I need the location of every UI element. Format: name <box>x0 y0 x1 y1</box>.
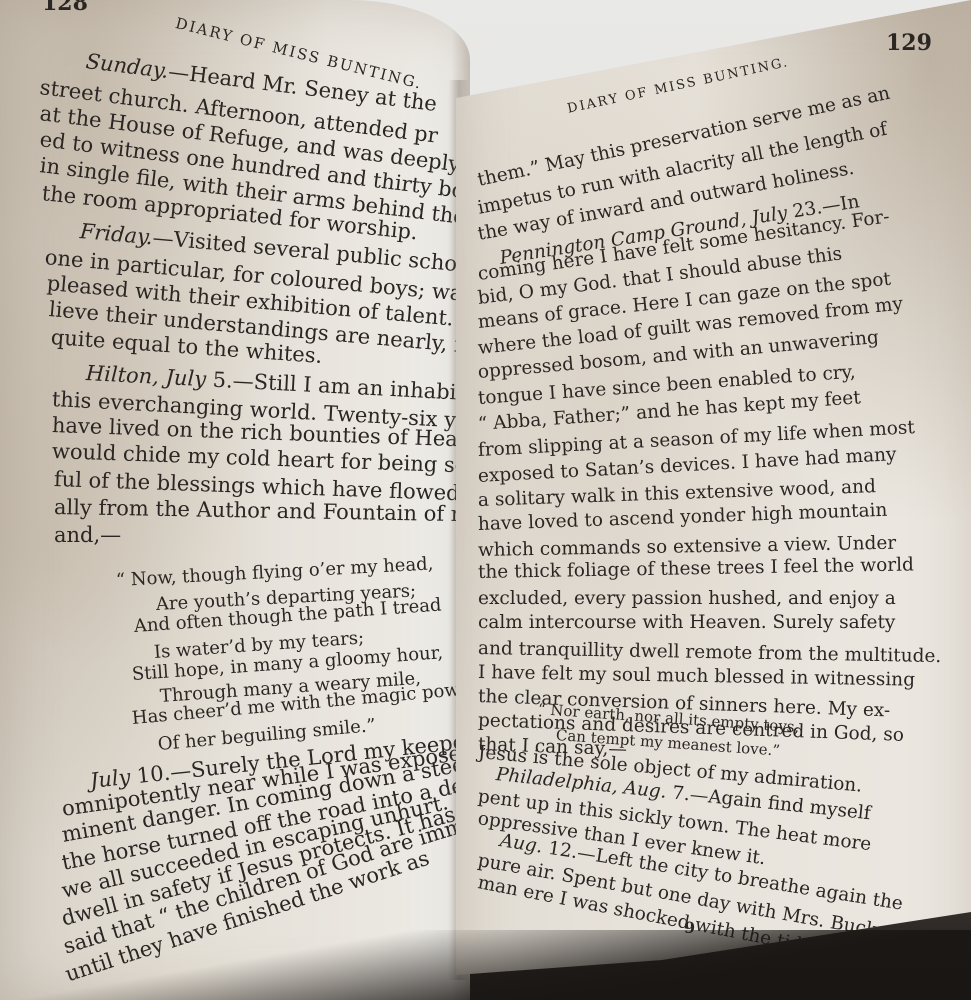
text-line: calm intercourse with Heaven. Surely saf… <box>478 610 895 636</box>
left-page-number: 128 <box>42 0 88 16</box>
text-line: excluded, every passion hushed, and enjo… <box>478 586 896 612</box>
signature-mark: 9 <box>684 918 695 937</box>
right-page-number: 129 <box>886 30 932 56</box>
right-page: 129 DIARY OF MISS BUNTING. them.” May th… <box>456 0 971 1000</box>
text-line: and,— <box>54 522 121 548</box>
left-page: 128 DIARY OF MISS BUNTING. Sunday.—Heard… <box>0 0 470 1000</box>
